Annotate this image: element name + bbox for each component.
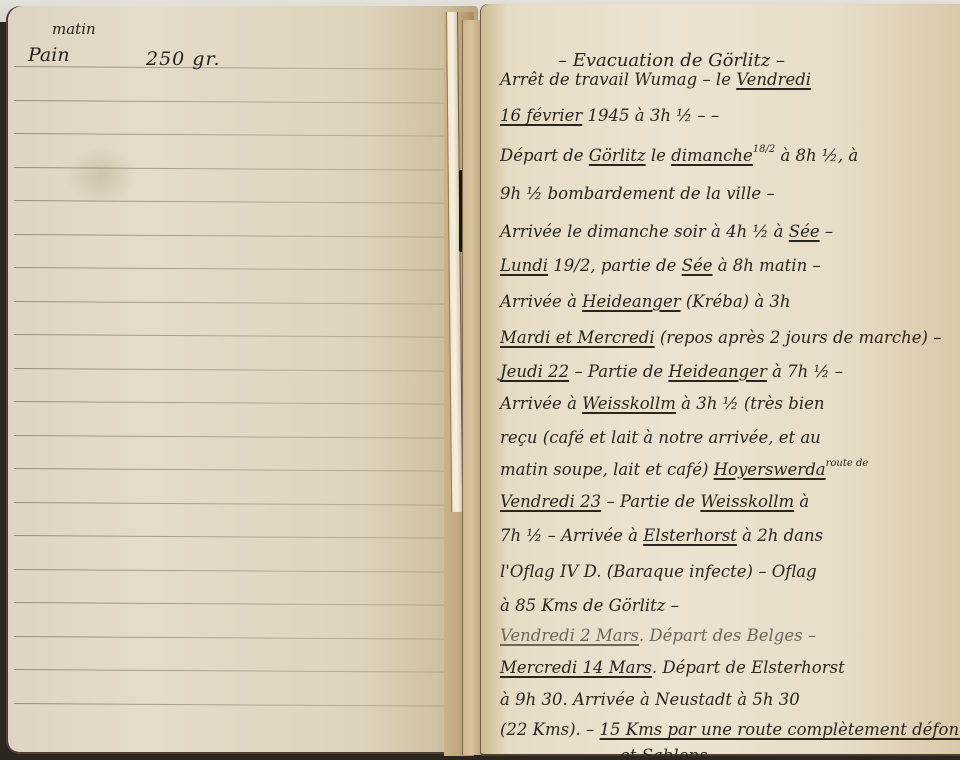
text-run: à 2h dans bbox=[737, 526, 823, 545]
ruled-line bbox=[14, 334, 466, 338]
paper-stain bbox=[66, 146, 136, 206]
text-run: à 9h 30. Arrivée à Neustadt à 5h 30 bbox=[500, 690, 800, 709]
diary-line: à 85 Kms de Görlitz – bbox=[500, 596, 679, 615]
text-run: reçu (café et lait à notre arrivée, et a… bbox=[500, 428, 821, 447]
superscript-note: route de bbox=[826, 458, 869, 469]
text-run: (Kréba) à 3h bbox=[681, 292, 791, 311]
diary-line: matin soupe, lait et café) Hoyerswerdaro… bbox=[500, 460, 868, 479]
diary-line: reçu (café et lait à notre arrivée, et a… bbox=[500, 428, 821, 447]
underlined-text: Heideanger bbox=[582, 292, 680, 311]
underlined-text: Sée bbox=[789, 222, 820, 241]
ruled-line bbox=[14, 100, 466, 104]
ruled-line bbox=[14, 535, 466, 539]
diary-line: Départ de Görlitz le dimanche18/2 à 8h ½… bbox=[500, 146, 858, 165]
text-run: Départ de bbox=[500, 146, 589, 165]
diary-line: et Sablons bbox=[620, 746, 708, 760]
text-run: Arrivée le dimanche soir à 4h ½ à bbox=[500, 222, 789, 241]
text-run: à 3h ½ (très bien bbox=[676, 394, 825, 413]
diary-line: (22 Kms). – 15 Kms par une route complèt… bbox=[500, 720, 960, 739]
text-run: Arrêt de travail Wumag – le bbox=[500, 70, 736, 89]
text-run: 7h ½ – Arrivée à bbox=[500, 526, 643, 545]
page-title: – Evacuation de Görlitz – bbox=[558, 50, 785, 71]
text-run: à 85 Kms de Görlitz – bbox=[500, 596, 679, 615]
underlined-text: 16 février bbox=[500, 106, 582, 125]
diary-line: Arrivée le dimanche soir à 4h ½ à Sée – bbox=[500, 222, 833, 241]
note-pain: Pain bbox=[28, 44, 70, 66]
underlined-text: Vendredi bbox=[736, 70, 811, 89]
text-run: – Partie de bbox=[601, 492, 700, 511]
text-run: à bbox=[794, 492, 809, 511]
text-run: 19/2, partie de bbox=[548, 256, 682, 275]
text-run: matin soupe, lait et café) bbox=[500, 460, 714, 479]
underlined-text: Mercredi 14 Mars bbox=[500, 658, 652, 677]
text-run: . Départ des Belges – bbox=[639, 626, 816, 645]
underlined-text: Vendredi 23 bbox=[500, 492, 601, 511]
diary-line: Arrivée à Heideanger (Kréba) à 3h bbox=[500, 292, 791, 311]
text-run: – bbox=[820, 222, 834, 241]
underlined-text: Elsterhorst bbox=[643, 526, 737, 545]
underlined-text: Weisskollm bbox=[700, 492, 794, 511]
diary-line: 16 février 1945 à 3h ½ – – bbox=[500, 106, 719, 125]
text-run: . Départ de Elsterhorst bbox=[652, 658, 845, 677]
text-run: Arrivée à bbox=[500, 292, 582, 311]
underlined-text: Lundi bbox=[500, 256, 548, 275]
text-run: à 8h matin – bbox=[712, 256, 820, 275]
diary-line: 9h ½ bombardement de la ville – bbox=[500, 184, 775, 203]
diary-line: Jeudi 22 – Partie de Heideanger à 7h ½ – bbox=[500, 362, 843, 381]
text-run: – Partie de bbox=[569, 362, 668, 381]
underlined-text: Jeudi 22 bbox=[500, 362, 569, 381]
text-run: à 7h ½ – bbox=[767, 362, 843, 381]
diary-line: Vendredi 2 Mars. Départ des Belges – bbox=[500, 626, 816, 645]
text-run: (22 Kms). – bbox=[500, 720, 600, 739]
diary-line: Mercredi 14 Mars. Départ de Elsterhorst bbox=[500, 658, 845, 677]
text-run: à 8h ½, à bbox=[775, 146, 858, 165]
ruled-line bbox=[14, 435, 466, 439]
diary-line: Lundi 19/2, partie de Sée à 8h matin – bbox=[500, 256, 821, 275]
notebook-left-page: matin Pain 250 gr. bbox=[6, 6, 478, 754]
underlined-text: dimanche bbox=[671, 146, 753, 165]
ruled-line bbox=[14, 602, 466, 606]
text-run: 9h ½ bombardement de la ville – bbox=[500, 184, 775, 203]
underlined-text: Weisskollm bbox=[582, 394, 676, 413]
diary-line: Arrivée à Weisskollm à 3h ½ (très bien bbox=[500, 394, 825, 413]
underlined-text: Sée bbox=[682, 256, 713, 275]
ruled-line bbox=[14, 468, 466, 472]
underlined-text: Görlitz bbox=[589, 146, 646, 165]
ruled-line bbox=[14, 636, 466, 640]
note-matin: matin bbox=[52, 20, 96, 38]
diary-line: 7h ½ – Arrivée à Elsterhorst à 2h dans bbox=[500, 526, 823, 545]
diary-line: l'Oflag IV D. (Baraque infecte) – Oflag bbox=[500, 562, 817, 581]
ruled-line bbox=[14, 703, 466, 707]
ruled-line bbox=[14, 267, 466, 271]
underlined-text: 15 Kms par une route complètement défonc… bbox=[600, 720, 960, 739]
underlined-text: Mardi et Mercredi bbox=[500, 328, 655, 347]
underlined-text: Vendredi 2 Mars bbox=[500, 626, 639, 645]
ruled-line bbox=[14, 133, 466, 137]
ruled-line bbox=[14, 401, 466, 405]
ruled-line bbox=[14, 569, 466, 573]
diary-line: Vendredi 23 – Partie de Weisskollm à bbox=[500, 492, 809, 511]
text-run: Arrivée à bbox=[500, 394, 582, 413]
text-run: 1945 à 3h ½ – – bbox=[582, 106, 719, 125]
diary-line: Arrêt de travail Wumag – le Vendredi bbox=[500, 70, 811, 89]
underlined-text: Heideanger bbox=[668, 362, 766, 381]
diary-line: Mardi et Mercredi (repos après 2 jours d… bbox=[500, 328, 941, 347]
text-run: et Sablons bbox=[620, 746, 708, 760]
note-weight: 250 gr. bbox=[146, 48, 221, 70]
text-run: (repos après 2 jours de marche) – bbox=[655, 328, 942, 347]
superscript-note: 18/2 bbox=[753, 144, 775, 155]
ruled-line bbox=[14, 234, 466, 238]
ruled-line bbox=[14, 66, 466, 70]
ruled-line bbox=[14, 301, 466, 305]
text-run: le bbox=[646, 146, 672, 165]
ruled-line bbox=[14, 502, 466, 506]
ruled-line bbox=[14, 669, 466, 673]
text-run: l'Oflag IV D. (Baraque infecte) – Oflag bbox=[500, 562, 817, 581]
diary-line: à 9h 30. Arrivée à Neustadt à 5h 30 bbox=[500, 690, 800, 709]
ruled-line bbox=[14, 368, 466, 372]
underlined-text: Hoyerswerda bbox=[714, 460, 826, 479]
notebook-right-page: – Evacuation de Görlitz – Arrêt de trava… bbox=[480, 4, 960, 756]
